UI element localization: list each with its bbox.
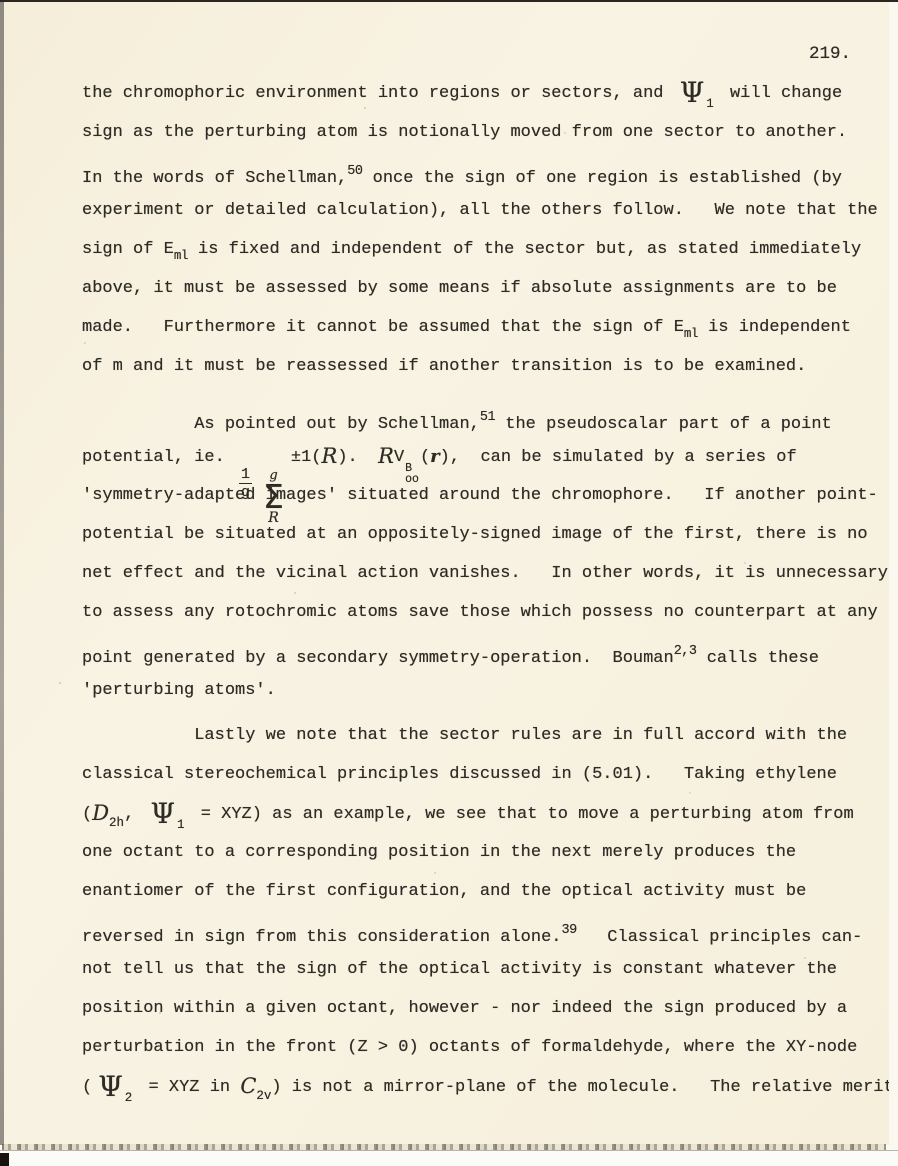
text-run: classical stereochemical principles disc… — [82, 765, 837, 784]
text-run: , — [124, 805, 144, 824]
text-run: 'symmetry-adapted images' situated aroun… — [82, 486, 878, 505]
text-line: potential, ie. 1ggΣR±1(R). RVBoo(r), can… — [82, 437, 898, 476]
script-letter-glyph: r — [430, 446, 439, 467]
subscript: 1 — [177, 818, 185, 832]
text-run: is fixed and independent of the sector b… — [188, 240, 861, 259]
text-line: Lastly we note that the sector rules are… — [82, 716, 898, 755]
text-run: the chromophoric environment into region… — [82, 84, 674, 103]
text-line: one octant to a corresponding position i… — [82, 833, 898, 872]
footnote-superscript: 2,3 — [674, 644, 697, 659]
subscript: ml — [684, 327, 698, 341]
paragraph: As pointed out by Schellman,51 the pseud… — [82, 398, 898, 710]
text-run: ±1( — [291, 448, 322, 467]
text-run: Lastly we note that the sector rules are… — [82, 726, 847, 745]
text-run: sign as the perturbing atom is notionall… — [82, 123, 847, 142]
scan-edge-top — [0, 0, 898, 2]
paper-specks — [104, 252, 106, 254]
footnote-superscript: 50 — [347, 164, 362, 179]
text-line: (D2h, Ψ1 = XYZ) as an example, we see th… — [82, 794, 898, 833]
text-run: = XYZ in — [138, 1078, 240, 1097]
text-line: made. Furthermore it cannot be assumed t… — [82, 308, 898, 347]
subscript: 2h — [109, 816, 124, 830]
text-run: not tell us that the sign of the optical… — [82, 960, 837, 979]
text-run: sign of E — [82, 240, 174, 259]
text-run: reversed in sign from this consideration… — [82, 928, 561, 947]
text-run: potential be situated at an oppositely-s… — [82, 525, 868, 544]
script-letter-glyph: C — [240, 1074, 256, 1098]
text-line: enantiomer of the first configuration, a… — [82, 872, 898, 911]
text-run: In the words of Schellman, — [82, 169, 347, 188]
text-line: reversed in sign from this consideration… — [82, 911, 898, 950]
scanned-page: 219. the chromophoric environment into r… — [0, 0, 898, 1166]
script-letter-glyph: D — [92, 801, 109, 825]
text-run: net effect and the vicinal action vanish… — [82, 564, 888, 583]
subscript: 1 — [706, 97, 714, 111]
footnote-superscript: 39 — [561, 923, 576, 938]
text-run: potential, ie. — [82, 448, 235, 467]
scan-edge-right — [889, 2, 898, 1149]
greek-psi-glyph: Ψ — [680, 76, 705, 109]
text-line: of m and it must be reassessed if anothe… — [82, 347, 898, 386]
text-run: above, it must be assessed by some means… — [82, 279, 837, 298]
text-line: As pointed out by Schellman,51 the pseud… — [82, 398, 898, 437]
text-run: V — [394, 448, 404, 467]
psi-symbol: Ψ2 — [98, 1068, 132, 1118]
scanner-background — [0, 1150, 898, 1166]
text-line: (Ψ2 = XYZ in C2v) is not a mirror-plane … — [82, 1067, 898, 1106]
text-run: experiment or detailed calculation), all… — [82, 201, 878, 220]
text-run: calls these — [697, 649, 819, 668]
text-run: perturbation in the front (Z > 0) octant… — [82, 1038, 857, 1057]
text-line: 'perturbing atoms'. — [82, 671, 898, 710]
text-line: classical stereochemical principles disc… — [82, 755, 898, 794]
text-run: ( — [82, 805, 92, 824]
text-run: ( — [82, 1078, 92, 1097]
text-run: ). — [337, 448, 378, 467]
text-run: one octant to a corresponding position i… — [82, 843, 796, 862]
scan-corner-mark — [0, 1153, 9, 1166]
text-line: In the words of Schellman,50 once the si… — [82, 152, 898, 191]
script-letter: C2v — [240, 1078, 271, 1097]
text-run: will change — [720, 84, 842, 103]
script-letter: D2h — [92, 805, 124, 824]
script-letter-glyph: R — [378, 444, 394, 468]
script-letter-glyph: R — [322, 444, 338, 468]
text-run: the pseudoscalar part of a point — [495, 415, 832, 434]
greek-psi-glyph: Ψ — [150, 797, 175, 830]
script-letter: R — [378, 448, 394, 467]
text-line: perturbation in the front (Z > 0) octant… — [82, 1028, 898, 1067]
text-run: ), can be simulated by a series of — [440, 448, 797, 467]
text-line: point generated by a secondary symmetry-… — [82, 632, 898, 671]
text-line: sign as the perturbing atom is notionall… — [82, 113, 898, 152]
paper-sheet: 219. the chromophoric environment into r… — [4, 2, 889, 1145]
text-line: sign of Eml is fixed and independent of … — [82, 230, 898, 269]
text-run: made. Furthermore it cannot be assumed t… — [82, 318, 684, 337]
text-line: potential be situated at an oppositely-s… — [82, 515, 898, 554]
footnote-superscript: 51 — [480, 410, 495, 425]
scan-edge-left — [0, 2, 4, 1145]
text-line: net effect and the vicinal action vanish… — [82, 554, 898, 593]
subscript: ml — [174, 249, 188, 263]
script-letter: R — [322, 448, 338, 467]
text-run: point generated by a secondary symmetry-… — [82, 649, 674, 668]
text-run: As pointed out by Schellman, — [82, 415, 480, 434]
text-run: once the sign of one region is establish… — [362, 169, 841, 188]
text-line: 'symmetry-adapted images' situated aroun… — [82, 476, 898, 515]
greek-psi-glyph: Ψ — [98, 1070, 123, 1103]
text-run: to assess any rotochromic atoms save tho… — [82, 603, 878, 622]
text-run: = XYZ) as an example, we see that to mov… — [191, 805, 854, 824]
text-run: enantiomer of the first configuration, a… — [82, 882, 806, 901]
text-line: not tell us that the sign of the optical… — [82, 950, 898, 989]
subscript: 2v — [256, 1089, 271, 1103]
page-number: 219. — [809, 44, 851, 64]
text-line: experiment or detailed calculation), all… — [82, 191, 898, 230]
text-run: is independent — [698, 318, 851, 337]
paragraph: Lastly we note that the sector rules are… — [82, 716, 898, 1106]
text-run: 'perturbing atoms'. — [82, 681, 276, 700]
paragraph: the chromophoric environment into region… — [82, 74, 898, 386]
text-line: position within a given octant, however … — [82, 989, 898, 1028]
text-run: ( — [420, 448, 430, 467]
text-run: Classical principles can- — [577, 928, 863, 947]
text-line: the chromophoric environment into region… — [82, 74, 898, 113]
text-run: position within a given octant, however … — [82, 999, 847, 1018]
text-line: above, it must be assessed by some means… — [82, 269, 898, 308]
text-run: of m and it must be reassessed if anothe… — [82, 357, 806, 376]
typed-text: the chromophoric environment into region… — [82, 74, 898, 1106]
text-line: to assess any rotochromic atoms save tho… — [82, 593, 898, 632]
script-letter: r — [430, 448, 439, 467]
subscript: 2 — [125, 1091, 133, 1105]
text-run: ) is not a mirror-plane of the molecule.… — [271, 1078, 898, 1097]
